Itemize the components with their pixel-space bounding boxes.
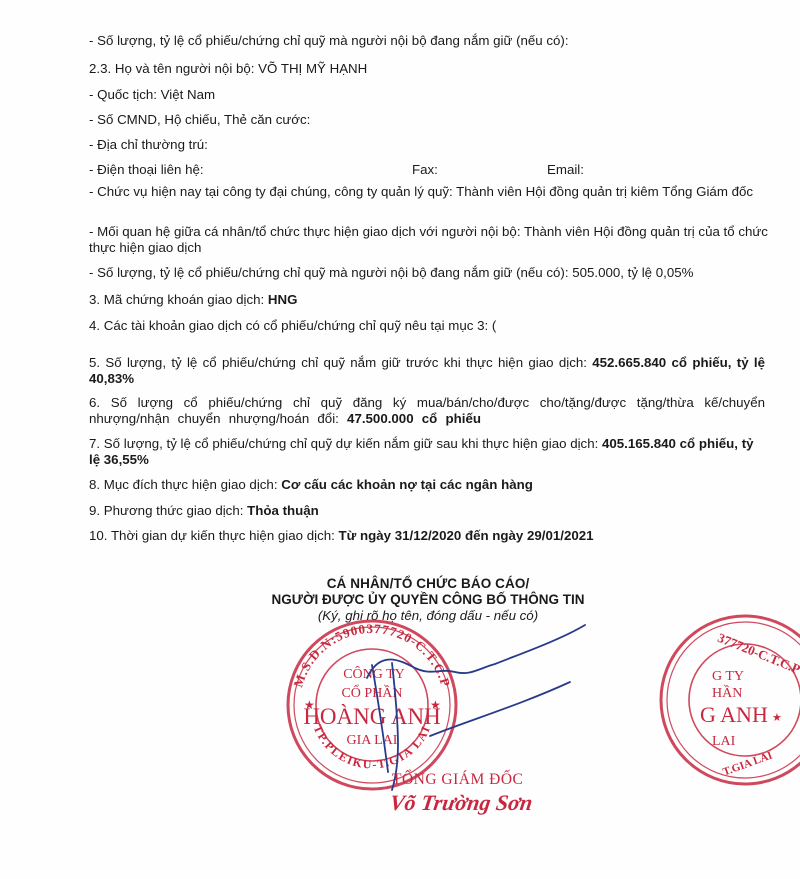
partial-company-stamp: G TY HẦN G ANH LAI ★ 377720-C.T.C.P T.GI… [661,616,800,784]
signatory-name: Võ Trường Sơn [388,790,534,816]
partial-stamp-line-2: HẦN [712,684,742,701]
stamps-and-signature: M.S.D.N:5900377720-C.T.C.P TP.PLEIKU-T.G… [0,0,800,879]
company-stamp: M.S.D.N:5900377720-C.T.C.P TP.PLEIKU-T.G… [288,621,456,789]
stamp-line-3: HOÀNG ANH [303,704,440,729]
stamp-line-4: GIA LAI [347,733,398,748]
partial-stamp-line-3: G ANH [700,702,768,727]
partial-stamp-star: ★ [772,712,782,724]
partial-stamp-line-1: G TY [712,669,744,684]
signatory-title: TỔNG GIÁM ĐỐC [392,771,523,789]
partial-stamp-line-4: LAI [712,734,736,749]
stamp-line-2: CỔ PHẦN [341,683,402,701]
